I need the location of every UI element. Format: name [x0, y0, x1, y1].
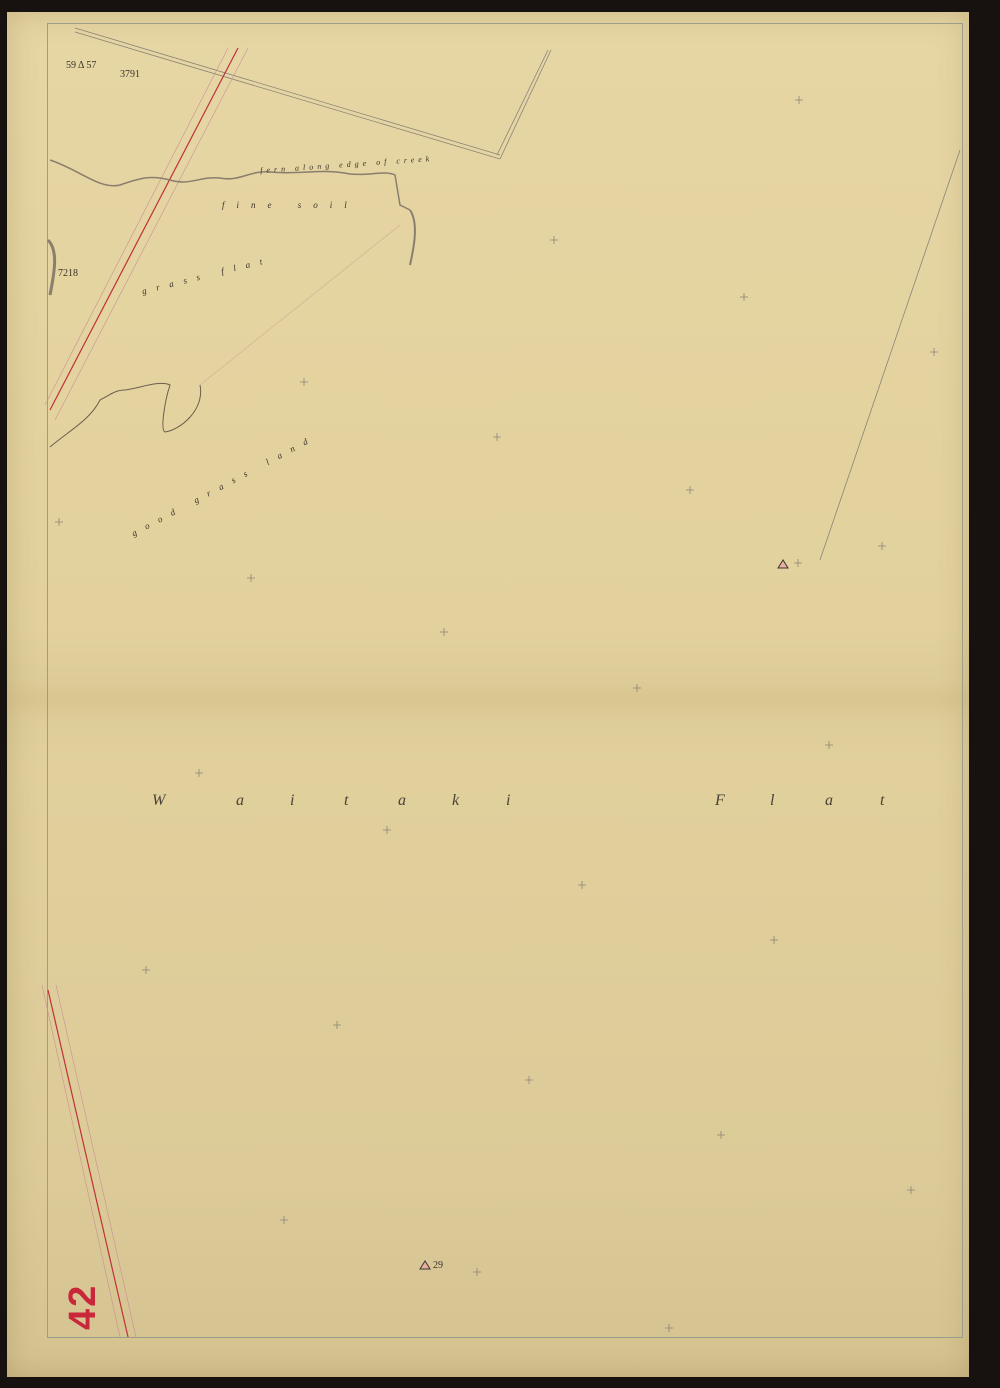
place-name-waitaki: Waitaki — [152, 792, 510, 810]
section-label-top: 3791 — [120, 69, 140, 80]
trig-label-bottom: 29 — [433, 1260, 443, 1271]
road-top — [45, 48, 248, 420]
pond-left — [48, 240, 55, 295]
section-label-top-left: 59 Δ 57 — [66, 60, 96, 71]
creek-tail — [410, 210, 415, 265]
place-name-flat: Flat — [715, 792, 884, 810]
sheet-number: 42 — [62, 1284, 105, 1330]
trig-station-icons — [420, 560, 788, 1269]
scrub-outline — [50, 383, 201, 447]
annotation-fine-soil: fine soil — [222, 200, 359, 210]
section-label-left: 7218 — [58, 268, 78, 279]
map-linework — [0, 0, 1000, 1388]
parcel-boundary — [75, 28, 960, 560]
